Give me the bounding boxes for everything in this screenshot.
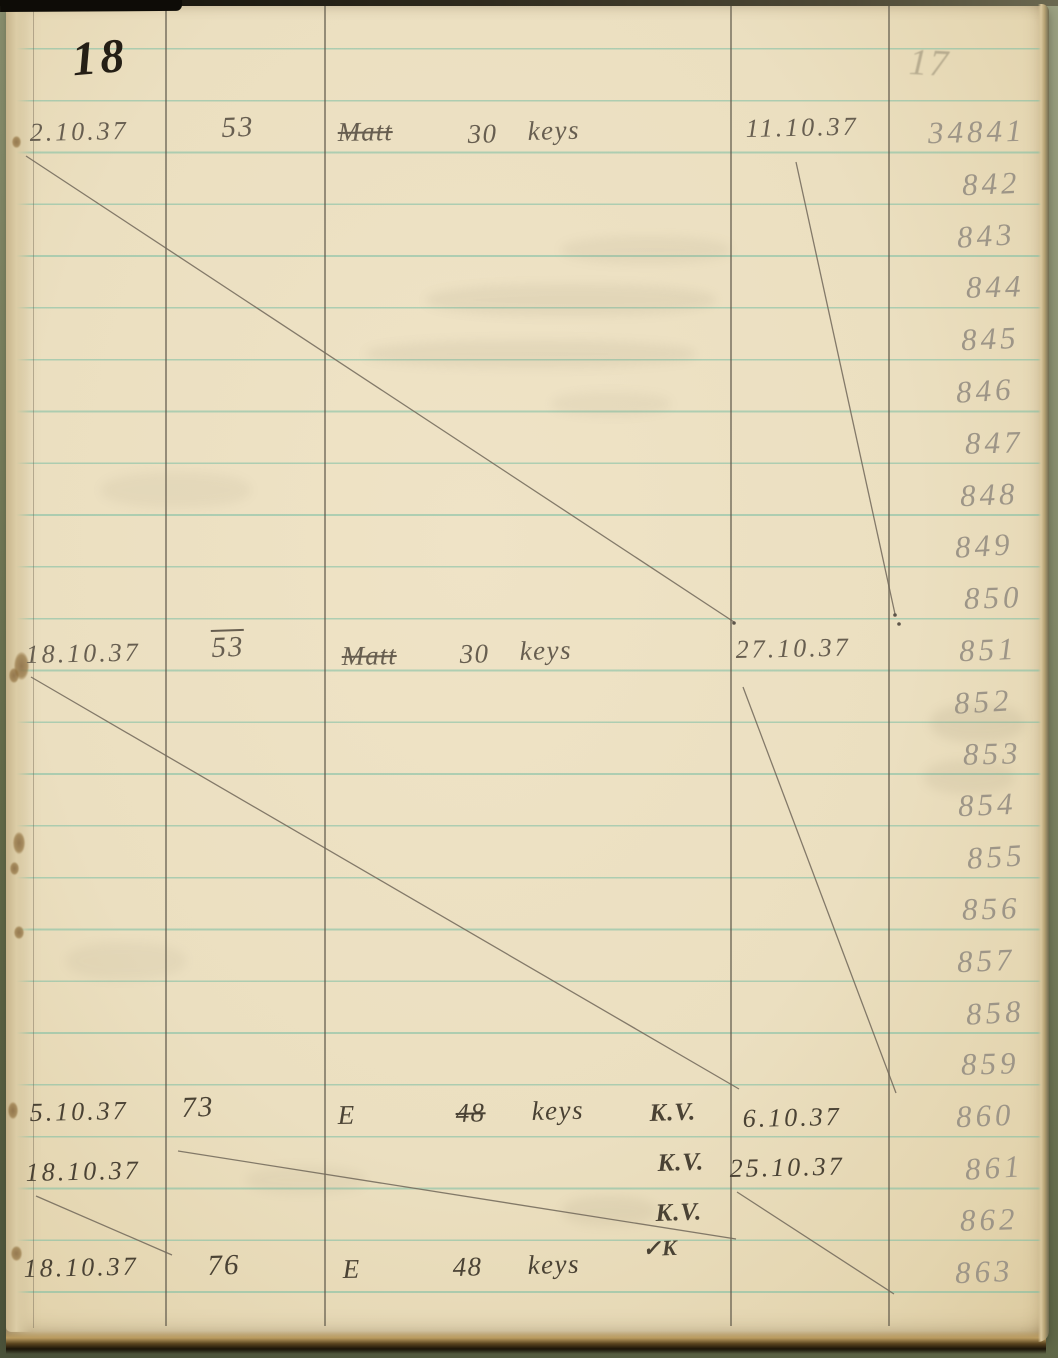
serial-number: 862 (959, 1201, 1018, 1239)
quantity-number: 48 (452, 1251, 483, 1283)
show-through-smudge (246, 1166, 366, 1194)
connector-line (36, 1196, 172, 1255)
binding-speck (12, 136, 21, 148)
line-end-dot (732, 621, 736, 625)
serial-number: 855 (965, 837, 1026, 877)
serial-number: 850 (963, 579, 1022, 617)
loan-count: 73 (181, 1091, 215, 1125)
serial-number: 842 (961, 165, 1021, 204)
quantity-unit: keys (527, 115, 580, 147)
binding-speck (14, 926, 24, 939)
serial-number: 852 (952, 682, 1013, 722)
page-stack-right-edge (1038, 4, 1049, 1342)
date-out: 18.10.37 (25, 638, 141, 670)
connector-line (31, 677, 739, 1089)
serial-number: 843 (955, 216, 1016, 256)
serial-number: 845 (960, 320, 1020, 359)
initials: K.V. (649, 1098, 697, 1128)
borrower-name: E (342, 1254, 360, 1285)
quantity-unit: keys (519, 635, 572, 667)
date-out: 18.10.37 (23, 1252, 139, 1284)
serial-number: 856 (961, 890, 1020, 928)
show-through-smudge (562, 1196, 657, 1226)
initials: K.V. (657, 1148, 705, 1178)
date-in: 27.10.37 (735, 633, 851, 665)
page-stack-bottom-edge (6, 1331, 1046, 1354)
quantity-unit: keys (527, 1249, 580, 1281)
ghost-page-number: 17 (908, 41, 951, 86)
quantity-number: 30 (459, 638, 490, 670)
binding-speck (8, 1102, 18, 1119)
column-rule-2 (324, 4, 326, 1326)
serial-number: 858 (964, 993, 1025, 1033)
binding-speck (13, 832, 25, 854)
check-initials: ✓K (642, 1235, 678, 1262)
loan-count: 53 (211, 631, 245, 665)
serial-number: 860 (955, 1097, 1015, 1136)
date-out: 2.10.37 (29, 116, 129, 148)
show-through-smudge (426, 284, 716, 316)
serial-number: 857 (956, 942, 1016, 981)
show-through-smudge (551, 392, 671, 416)
connector-line (178, 1151, 736, 1239)
loan-count: 53 (221, 111, 255, 145)
ledger-page: 18 17 2.10.37 53 Matt 30 keys 11.10.37 1… (6, 4, 1045, 1342)
serial-number: 859 (960, 1046, 1019, 1084)
serial-number: 861 (963, 1148, 1024, 1188)
serial-number: 844 (965, 269, 1024, 307)
connector-lines (6, 4, 1058, 1358)
show-through-smudge (561, 236, 731, 264)
quantity-number: 30 (467, 118, 498, 150)
serial-number: 847 (964, 424, 1023, 462)
connector-line (796, 162, 895, 614)
serial-number: 854 (957, 786, 1017, 825)
serial-number: 848 (959, 475, 1019, 514)
column-rule-4 (888, 4, 890, 1326)
show-through-smudge (66, 942, 186, 980)
binding-speck (9, 668, 19, 683)
loan-count: 76 (207, 1249, 241, 1283)
line-end-dot (897, 622, 901, 626)
connector-line (737, 1192, 894, 1294)
date-out: 5.10.37 (29, 1096, 129, 1128)
quantity-unit: keys (531, 1095, 584, 1127)
date-in: 11.10.37 (745, 112, 859, 144)
show-through-smudge (366, 340, 696, 368)
line-end-dot (893, 613, 897, 617)
column-rule-1 (165, 4, 167, 1326)
connector-line (26, 156, 734, 622)
show-through-smudge (101, 472, 251, 508)
page-number: 18 (70, 28, 131, 88)
ruled-lines (8, 48, 1041, 1318)
serial-number: 849 (953, 527, 1014, 567)
initials: K.V. (655, 1198, 703, 1228)
quantity-number: 48 (455, 1097, 486, 1129)
connector-line (743, 687, 896, 1093)
date-in: 25.10.37 (729, 1152, 845, 1184)
binding-speck (11, 1246, 22, 1261)
borrower-name: Matt (337, 116, 393, 148)
serial-number: 863 (954, 1252, 1014, 1291)
serial-number: 853 (962, 735, 1021, 773)
serial-number: 34841 (927, 113, 1025, 152)
scan-top-left-wedge (0, 0, 182, 12)
date-in: 6.10.37 (742, 1102, 842, 1134)
date-out: 18.10.37 (25, 1156, 141, 1188)
serial-number: 846 (954, 371, 1015, 411)
column-rule-3 (730, 4, 732, 1326)
borrower-name: E (337, 1100, 355, 1131)
binding-speck (10, 862, 19, 875)
serial-number: 851 (958, 631, 1018, 670)
borrower-name: Matt (341, 640, 397, 672)
